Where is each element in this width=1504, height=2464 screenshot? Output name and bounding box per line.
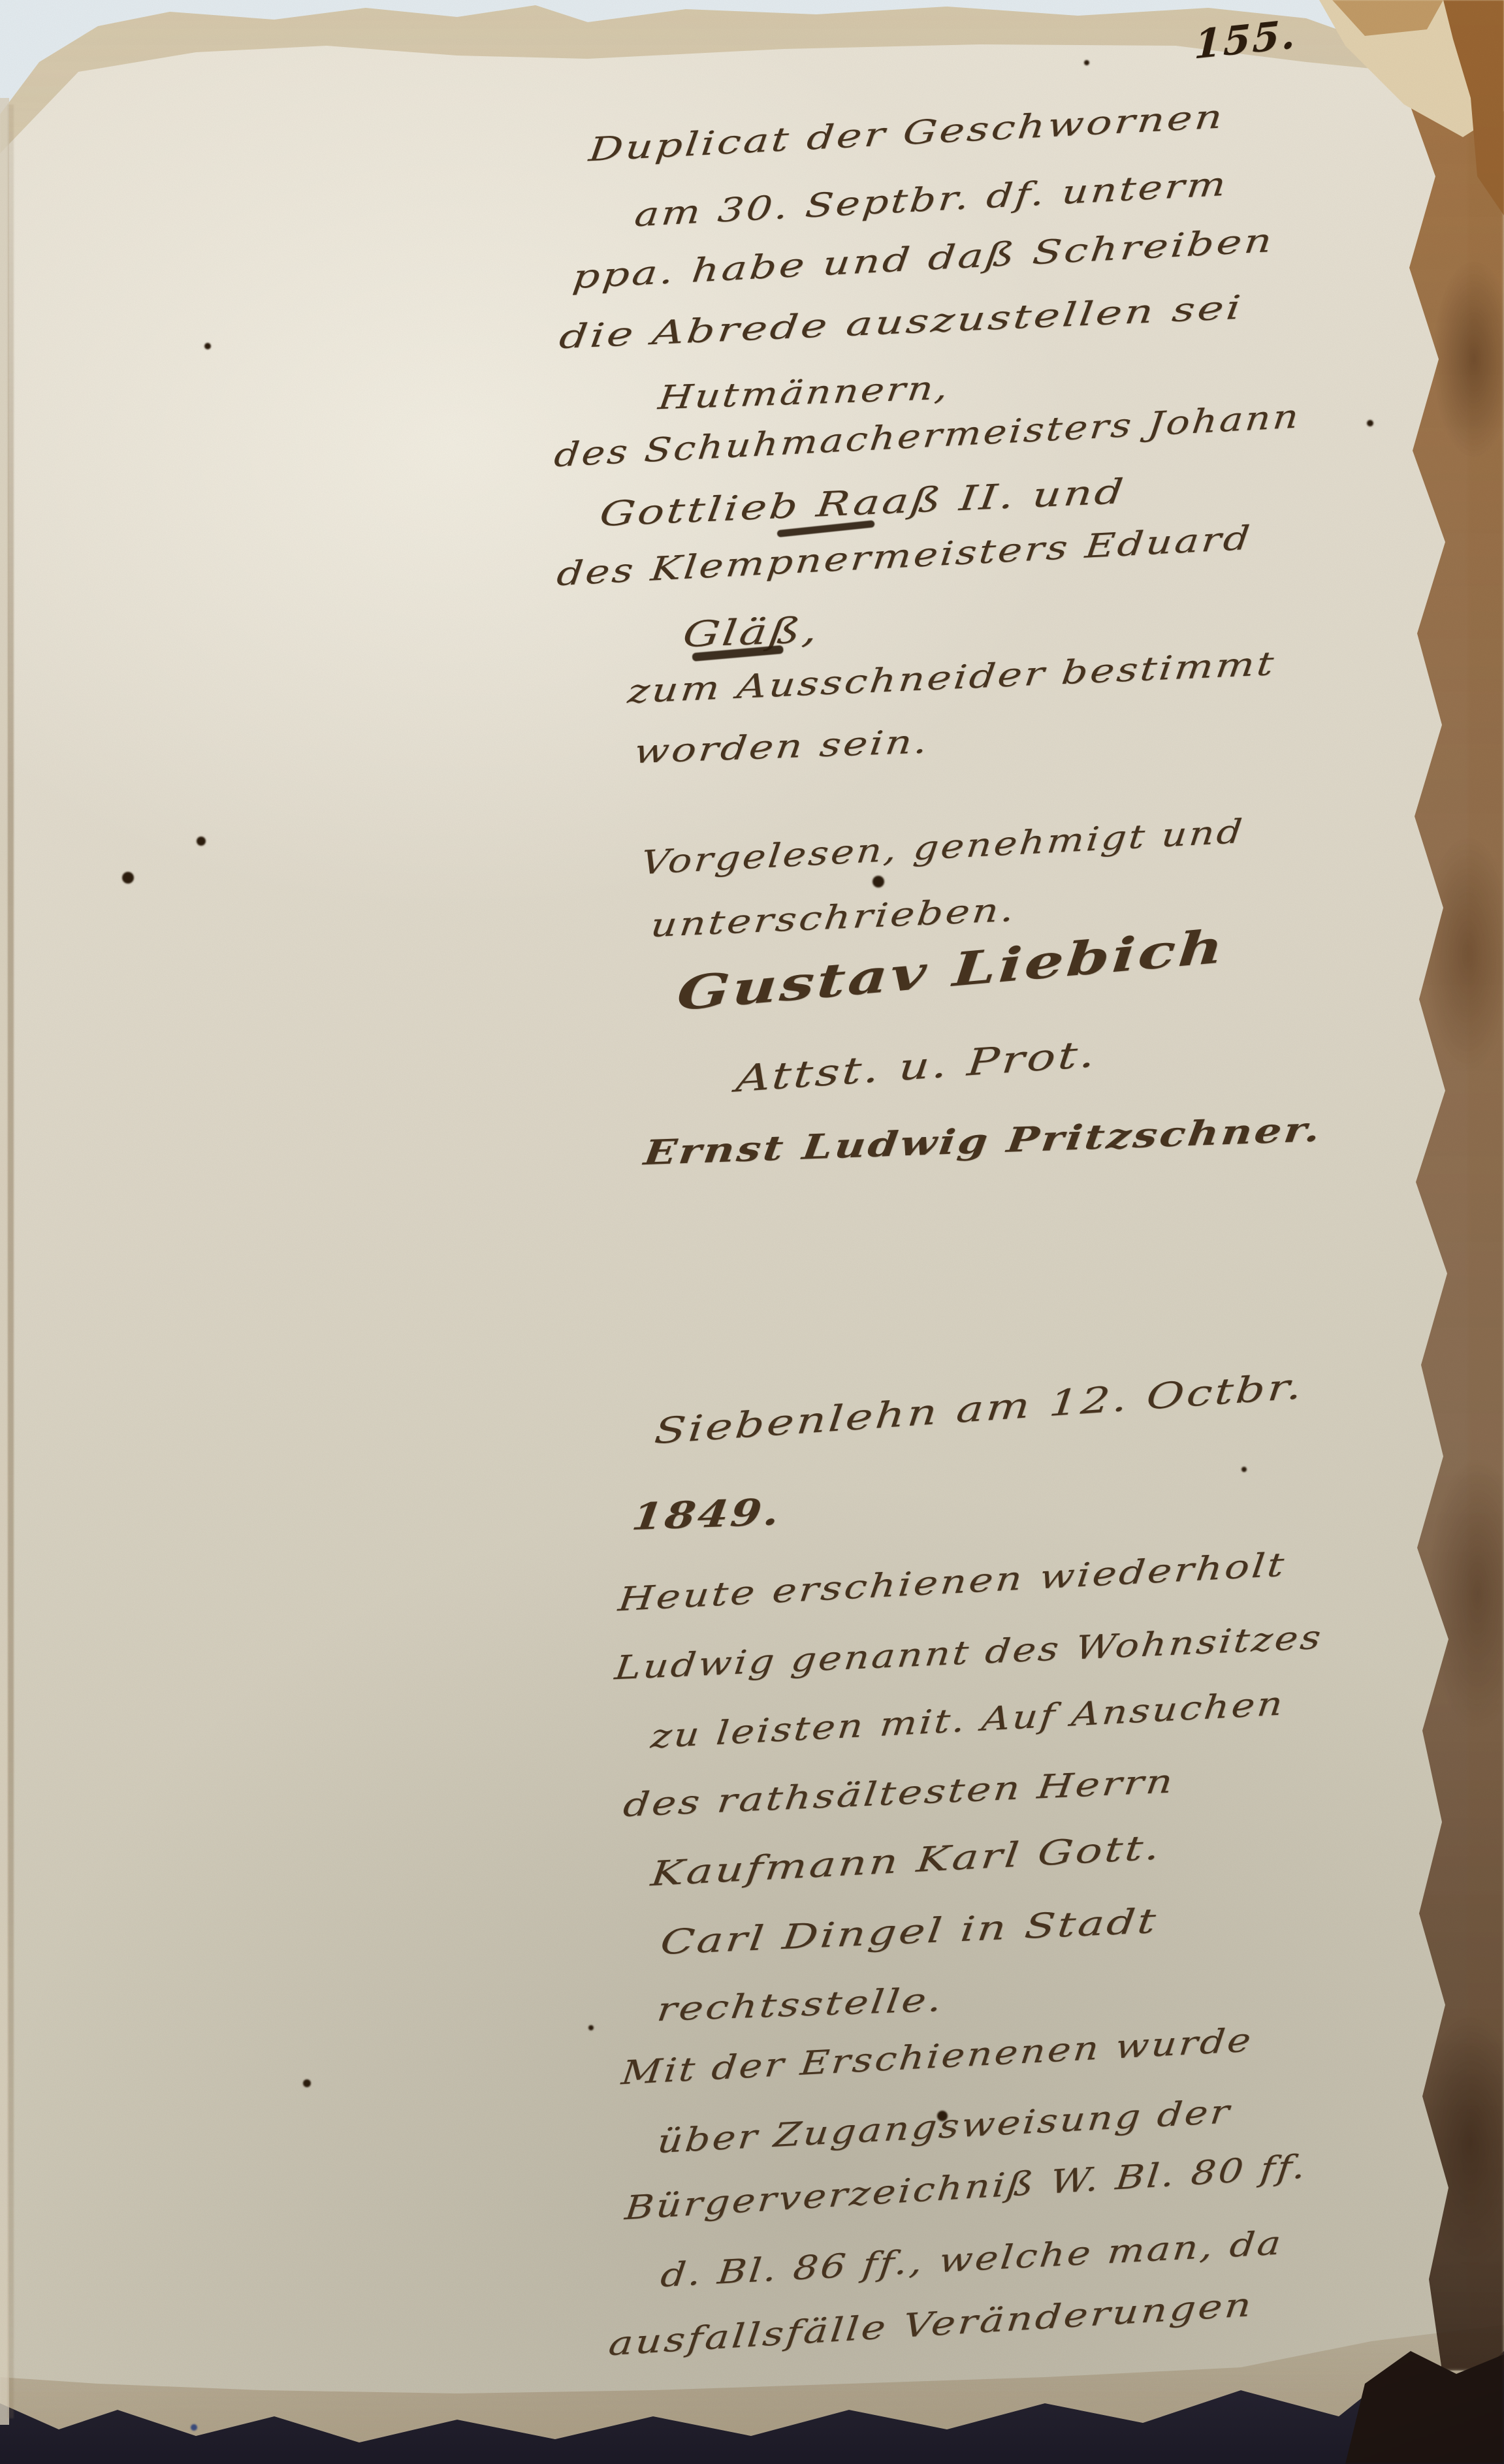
ink-spot bbox=[588, 2025, 594, 2030]
ink-spot bbox=[937, 2111, 948, 2121]
handwriting-line: Ernst Ludwig Pritzschner. bbox=[641, 1110, 1324, 1174]
handwriting-line: Siebenlehn am 12. Octbr. bbox=[652, 1365, 1305, 1452]
ink-spot bbox=[872, 876, 884, 888]
handwriting-line: des rathsältesten Herrn bbox=[621, 1762, 1177, 1824]
handwriting-line: Kaufmann Karl Gott. bbox=[649, 1828, 1164, 1894]
ink-spot bbox=[204, 343, 211, 349]
page-number: 155. bbox=[1194, 11, 1298, 68]
handwriting-line: Carl Dingel in Stadt bbox=[658, 1902, 1160, 1963]
handwriting-line: Mit der Erschienenen wurde bbox=[620, 2021, 1255, 2092]
ink-spot bbox=[1367, 420, 1373, 426]
handwriting-line: am 30. Septbr. df. unterm bbox=[633, 165, 1230, 234]
ink-spot bbox=[191, 2424, 197, 2431]
ink-spot bbox=[1084, 60, 1089, 65]
handwriting-line: unterschrieben. bbox=[648, 891, 1018, 945]
handwriting-line: 1849. bbox=[630, 1490, 784, 1539]
handwriting-line: Vorgelesen, genehmigt und bbox=[639, 812, 1246, 882]
handwriting-line: ausfallsfälle Veränderungen bbox=[607, 2286, 1255, 2363]
document-page: 155. Duplicat der Geschwornenam 30. Sept… bbox=[0, 0, 1504, 2464]
handwriting-line: Heute erschienen wiederholt bbox=[616, 1545, 1288, 1618]
handwriting-line: d. Bl. 86 ff., welche man, da bbox=[659, 2224, 1285, 2294]
ink-spot bbox=[197, 837, 206, 846]
handwriting-line: rechtsstelle. bbox=[655, 1981, 946, 2029]
ink-spot bbox=[1241, 1467, 1247, 1472]
handwriting-line: die Abrede auszustellen sei bbox=[557, 288, 1245, 356]
handwriting-line: Bürgerverzeichniß W. Bl. 80 ff. bbox=[623, 2147, 1309, 2227]
handwriting-line: ppa. habe und daß Schreiben bbox=[571, 221, 1276, 296]
handwriting-layer: 155. Duplicat der Geschwornenam 30. Sept… bbox=[0, 0, 1504, 2464]
handwriting-line: zu leisten mit. Auf Ansuchen bbox=[649, 1684, 1287, 1755]
handwriting-line: Attst. u. Prot. bbox=[734, 1032, 1099, 1100]
handwriting-line: über Zugangsweisung der bbox=[656, 2092, 1234, 2160]
handwriting-line: Ludwig genannt des Wohnsitzes bbox=[613, 1618, 1325, 1688]
handwriting-line: worden sein. bbox=[632, 722, 932, 771]
handwriting-line: Duplicat der Geschwornen bbox=[587, 97, 1226, 168]
handwriting-line: Hutmännern, bbox=[656, 368, 952, 417]
ink-spot bbox=[122, 872, 134, 884]
ink-spot bbox=[303, 2079, 311, 2087]
